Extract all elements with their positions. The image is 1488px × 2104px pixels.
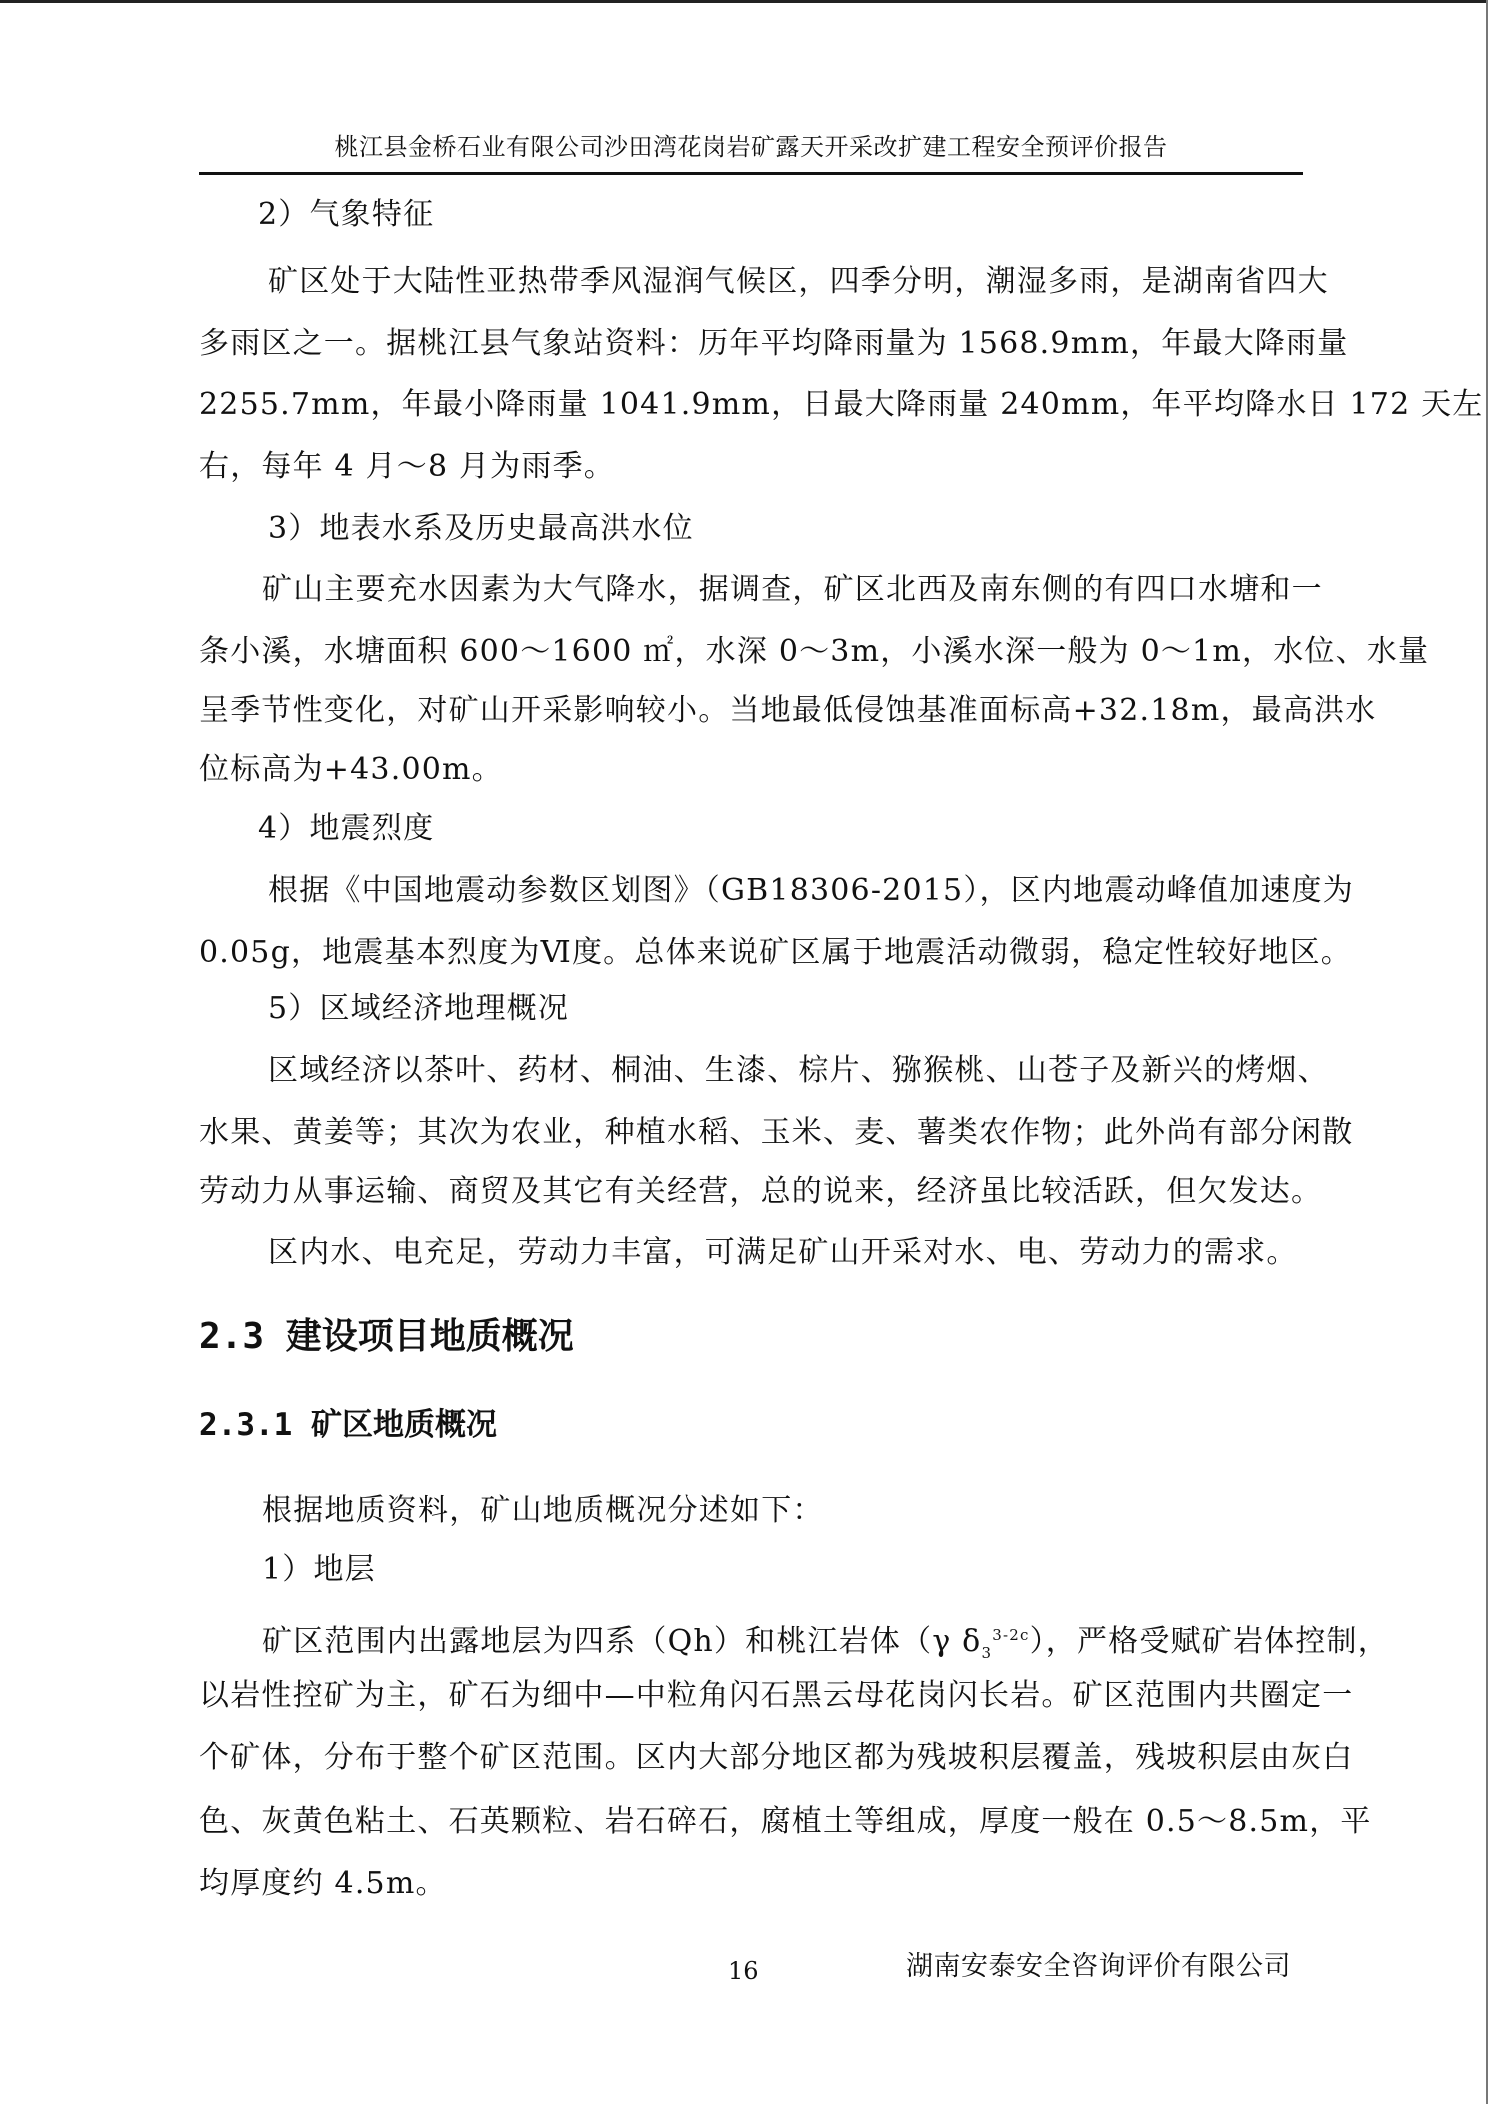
paragraph-line: 0.05g，地震基本烈度为Ⅵ度。总体来说矿区属于地震活动微弱，稳定性较好地区。 — [199, 933, 1309, 973]
header-rule — [199, 172, 1303, 175]
paragraph-line: 位标高为+43.00m。 — [199, 750, 1309, 790]
subheading-economy: 5）区域经济地理概况 — [268, 989, 1378, 1029]
subheading-seismic: 4）地震烈度 — [258, 809, 1368, 849]
paragraph-line: 水果、黄姜等；其次为农业，种植水稻、玉米、麦、薯类农作物；此外尚有部分闲散 — [199, 1113, 1309, 1153]
paragraph-line: 以岩性控矿为主，矿石为细中—中粒角闪石黑云母花岗闪长岩。矿区范围内共圈定一 — [199, 1676, 1309, 1716]
paragraph-line: 区域经济以茶叶、药材、桐油、生漆、棕片、猕猴桃、山苍子及新兴的烤烟、 — [268, 1051, 1378, 1091]
footer-company: 湖南安泰安全咨询评价有限公司 — [906, 1950, 1291, 1984]
page-number: 16 — [728, 1956, 759, 1986]
running-header: 桃江县金桥石业有限公司沙田湾花岗岩矿露天开采改扩建工程安全预评价报告 — [199, 132, 1303, 162]
paragraph-line: 2255.7mm，年最小降雨量 1041.9mm，日最大降雨量 240mm，年平… — [199, 385, 1309, 425]
paragraph-line: 色、灰黄色粘土、石英颗粒、岩石碎石，腐植土等组成，厚度一般在 0.5～8.5m，… — [199, 1802, 1309, 1842]
paragraph-line: 多雨区之一。据桃江县气象站资料：历年平均降雨量为 1568.9mm，年最大降雨量 — [199, 324, 1309, 364]
section-heading-2-3-1: 2.3.1 矿区地质概况 — [199, 1404, 497, 1446]
strata-text-b: ），严格受赋矿岩体控制， — [1030, 1624, 1389, 1659]
paragraph-line: 均厚度约 4.5m。 — [199, 1864, 1309, 1904]
subheading-climate: 2）气象特征 — [258, 195, 1368, 235]
paragraph-line: 右，每年 4 月～8 月为雨季。 — [199, 447, 1309, 487]
section-heading-2-3: 2.3 建设项目地质概况 — [199, 1314, 574, 1360]
paragraph-line: 矿山主要充水因素为大气降水，据调查，矿区北西及南东侧的有四口水塘和一 — [262, 570, 1372, 610]
strata-text-a: 矿区范围内出露地层为四系（Qh）和桃江岩体（γ δ — [262, 1624, 981, 1659]
paragraph-line: 区内水、电充足，劳动力丰富，可满足矿山开采对水、电、劳动力的需求。 — [268, 1233, 1378, 1273]
paragraph-line: 个矿体，分布于整个矿区范围。区内大部分地区都为残坡积层覆盖，残坡积层由灰白 — [199, 1738, 1309, 1778]
paragraph-line: 根据《中国地震动参数区划图》（GB18306-2015），区内地震动峰值加速度为 — [268, 871, 1378, 911]
formula-subscript: 3 — [981, 1644, 992, 1662]
page-border-top — [0, 0, 1488, 3]
subheading-strata: 1）地层 — [262, 1550, 1372, 1590]
subheading-hydrology: 3）地表水系及历史最高洪水位 — [268, 509, 1378, 549]
paragraph-line: 劳动力从事运输、商贸及其它有关经营，总的说来，经济虽比较活跃，但欠发达。 — [199, 1172, 1309, 1212]
paragraph-line: 矿区处于大陆性亚热带季风湿润气候区，四季分明，潮湿多雨，是湖南省四大 — [268, 262, 1378, 302]
formula-superscript: 3-2c — [992, 1626, 1029, 1644]
paragraph-line: 条小溪，水塘面积 600～1600 ㎡，水深 0～3m，小溪水深一般为 0～1m… — [199, 632, 1309, 672]
paragraph-line: 呈季节性变化，对矿山开采影响较小。当地最低侵蚀基准面标高+32.18m，最高洪水 — [199, 691, 1309, 731]
paragraph-line-strata: 矿区范围内出露地层为四系（Qh）和桃江岩体（γ δ33-2c），严格受赋矿岩体控… — [262, 1615, 1372, 1673]
paragraph-line: 根据地质资料，矿山地质概况分述如下： — [262, 1491, 1372, 1531]
